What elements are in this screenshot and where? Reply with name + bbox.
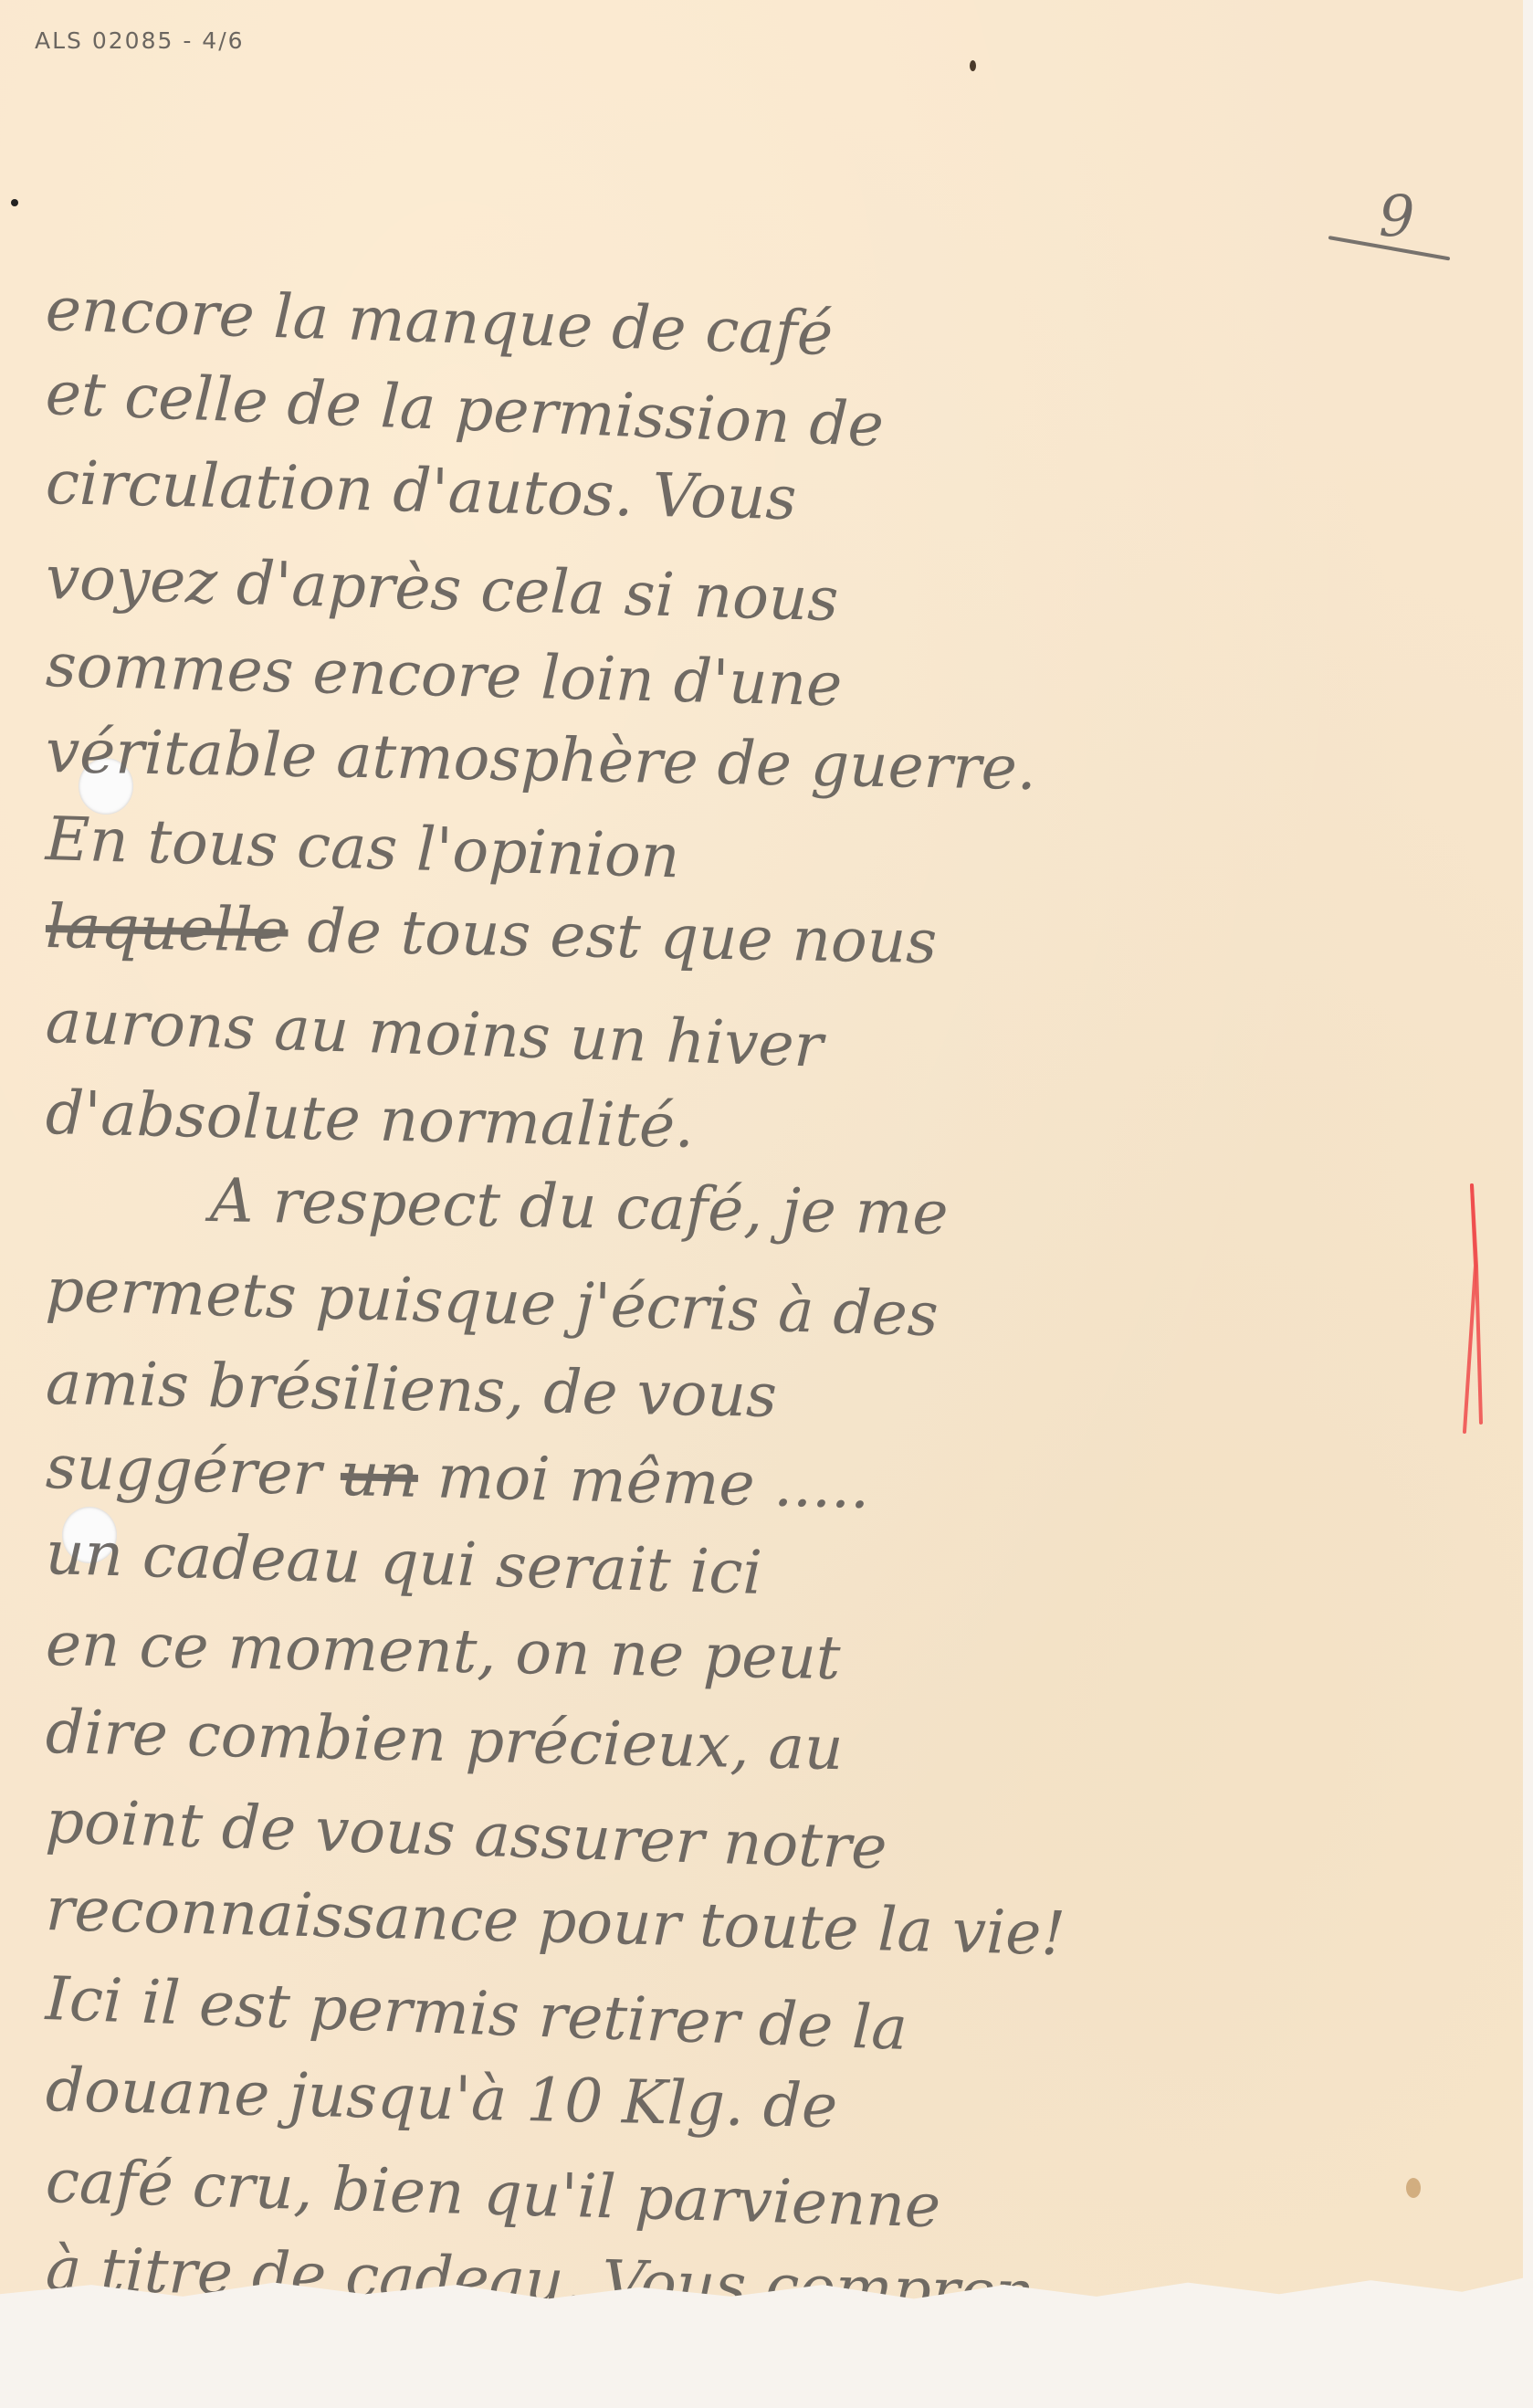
stain-spot xyxy=(192,2310,247,2329)
letter-line-text: suggérer xyxy=(45,1432,322,1509)
letter-line: Ici il est permis retirer de la xyxy=(45,1963,908,2064)
letter-line: véritable atmosphère de guerre. xyxy=(45,716,1036,804)
struck-word: laquelle xyxy=(45,891,289,966)
letter-line: et celle de la permission de xyxy=(45,358,886,460)
letter-line-text: moi même ..... xyxy=(436,1441,870,1522)
letter-line: sommes encore loin d'une xyxy=(45,630,843,720)
letter-line: voyez d'après cela si nous xyxy=(45,542,839,635)
letter-page: ALS 02085 - 4/6 9 encore la manque de ca… xyxy=(0,0,1523,2310)
struck-word: un xyxy=(340,1439,419,1511)
letter-line: permets puisque j'écris à des xyxy=(45,1255,940,1350)
letter-line: en ce moment, on ne peut xyxy=(45,1609,841,1693)
letter-line-text: de tous est que nous xyxy=(307,896,938,977)
letter-line: encore la manque de café xyxy=(45,274,835,369)
letter-line: amis brésiliens, de vous xyxy=(45,1348,777,1431)
stain-spot xyxy=(1406,2178,1421,2198)
ink-spot xyxy=(11,199,18,206)
letter-line: aurons au moins un hiver xyxy=(45,986,824,1081)
letter-line: un cadeau qui serait ici xyxy=(45,1518,763,1608)
page-number: 9 xyxy=(1379,183,1414,249)
ink-spot xyxy=(970,60,976,71)
letter-line: En tous cas l'opinion xyxy=(45,804,681,891)
red-margin-mark-icon xyxy=(1459,1183,1486,1435)
letter-line: dez donc si, gourmands xyxy=(45,2325,770,2338)
letter-line: dire combien précieux, au xyxy=(45,1697,844,1783)
letter-line: A respect du café, je me xyxy=(209,1165,949,1248)
letter-line: d'absolute normalité. xyxy=(45,1078,695,1162)
letter-line: café cru, bien qu'il parvienne xyxy=(45,2146,941,2241)
letter-line: laquelle de tous est que nous xyxy=(45,891,937,977)
letter-line: suggérer un moi même ..... xyxy=(45,1432,870,1522)
letter-line: douane jusqu'à 10 Klg. de xyxy=(45,2055,838,2141)
letter-line: à titre de cadeau. Vous compren- xyxy=(45,2234,1055,2329)
letter-line: point de vous assurer notre xyxy=(45,1786,888,1883)
letter-line: circulation d'autos. Vous xyxy=(45,447,797,533)
letter-line: reconnaissance pour toute la vie! xyxy=(45,1874,1066,1969)
archive-reference: ALS 02085 - 4/6 xyxy=(35,27,245,54)
